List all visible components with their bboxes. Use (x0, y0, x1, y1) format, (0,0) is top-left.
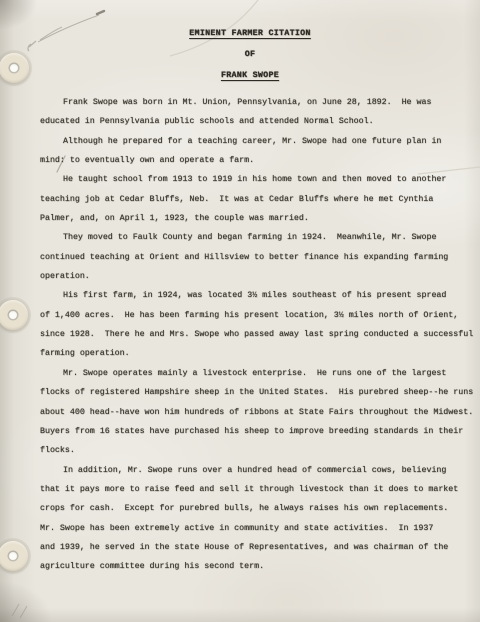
document-title: EMINENT FARMER CITATION (40, 23, 460, 44)
text-line: In addition, Mr. Swope runs over a hundr… (40, 461, 476, 480)
text-line: crops for cash. Except for purebred bull… (40, 499, 476, 518)
text-line: flocks of registered Hampshire sheep in … (40, 383, 476, 402)
pencil-mark-ticks (12, 604, 27, 618)
hole-punch (0, 53, 29, 83)
text-line: about 400 head--have won him hundreds of… (40, 403, 476, 422)
pencil-mark-dash (97, 11, 104, 14)
text-line: Mr. Swope has been extremely active in c… (40, 519, 476, 538)
text-line: His first farm, in 1924, was located 3½ … (40, 286, 476, 305)
text-line: that it pays more to raise feed and sell… (40, 480, 476, 499)
text-line: of 1,400 acres. He has been farming his … (40, 306, 476, 325)
text-line: operation. (40, 267, 476, 286)
document-header: EMINENT FARMER CITATION OF FRANK SWOPE (40, 23, 460, 86)
text-line: flocks. (40, 441, 476, 460)
text-line: teaching job at Cedar Bluffs, Neb. It wa… (40, 190, 476, 209)
text-line: Frank Swope was born in Mt. Union, Penns… (40, 93, 476, 112)
text-line: Although he prepared for a teaching care… (40, 132, 476, 151)
text-line: farming operation. (40, 344, 476, 363)
text-line: He taught school from 1913 to 1919 in hi… (40, 170, 476, 189)
document-body: Frank Swope was born in Mt. Union, Penns… (40, 93, 476, 577)
text-line: Palmer, and, on April 1, 1923, the coupl… (40, 209, 476, 228)
hole-punch (0, 300, 28, 330)
text-line: Mr. Swope operates mainly a livestock en… (40, 364, 476, 383)
text-line: Buyers from 16 states have purchased his… (40, 422, 476, 441)
text-line: continued teaching at Orient and Hillsvi… (40, 248, 476, 267)
text-line: mind: to eventually own and operate a fa… (40, 151, 476, 170)
hole-punch (0, 541, 28, 571)
text-line: educated in Pennsylvania public schools … (40, 112, 476, 131)
scanned-page: EMINENT FARMER CITATION OF FRANK SWOPE F… (0, 0, 480, 622)
text-line: and 1939, he served in the state House o… (40, 538, 476, 557)
text-line: agriculture committee during his second … (40, 557, 476, 576)
document-subject-name: FRANK SWOPE (40, 65, 460, 86)
pencil-mark-hook (28, 41, 36, 51)
text-line: since 1928. There he and Mrs. Swope who … (40, 325, 476, 344)
text-line: They moved to Faulk County and began far… (40, 228, 476, 247)
document-title-of: OF (40, 44, 460, 65)
